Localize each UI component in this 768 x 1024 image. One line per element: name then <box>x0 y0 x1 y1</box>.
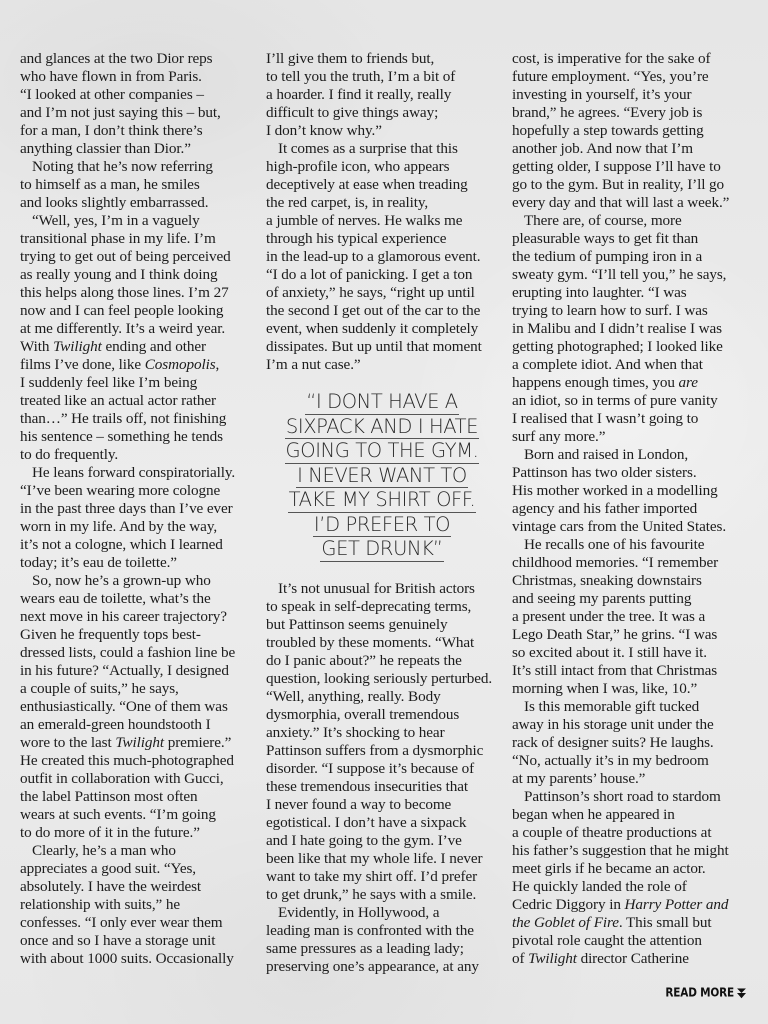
pull-quote-line: SIXPACK AND I HATE <box>285 415 479 440</box>
article-column-2: I’ll give them to friends but,to tell yo… <box>266 50 506 976</box>
text-line: difficult to give things away; <box>266 104 506 122</box>
italic-title: Cosmopolis <box>145 356 216 373</box>
text-line: So, now he’s a grown-up who <box>20 572 260 590</box>
text-line: in the lead-up to a glamorous event. <box>266 248 506 266</box>
text-line: He created this much-photographed <box>20 752 260 770</box>
article-column-3: cost, is imperative for the sake offutur… <box>512 50 762 968</box>
text-line: transitional phase in my life. I’m <box>20 230 260 248</box>
text-line: dysmorphia, overall tremendous <box>266 706 506 724</box>
text-line: in Malibu and I didn’t realise I was <box>512 320 762 338</box>
text-line: pleasurable ways to get fit than <box>512 230 762 248</box>
text-line: Is this memorable gift tucked <box>512 698 762 716</box>
text-line: this helps along those lines. I’m 27 <box>20 284 260 302</box>
text-line: outfit in collaboration with Gucci, <box>20 770 260 788</box>
text-line: His mother worked in a modelling <box>512 482 762 500</box>
text-line: leading man is confronted with the <box>266 922 506 940</box>
text-line: began when he appeared in <box>512 806 762 824</box>
text-line: so excited about it. I still have it. <box>512 644 762 662</box>
text-fragment: of <box>512 950 528 967</box>
text-line: troubled by these moments. “What <box>266 634 506 652</box>
text-line: He quickly landed the role of <box>512 878 762 896</box>
text-line: to do frequently. <box>20 446 260 464</box>
pull-quote-line: “I DONT HAVE A <box>305 390 458 415</box>
text-line: appreciates a good suit. “Yes, <box>20 860 260 878</box>
text-fragment: Cedric Diggory in <box>512 896 625 913</box>
text-line: it’s not a cologne, which I learned <box>20 536 260 554</box>
text-line: hopefully a step towards getting <box>512 122 762 140</box>
text-line: investing in yourself, it’s your <box>512 86 762 104</box>
article-column-1: and glances at the two Dior repswho have… <box>20 50 260 968</box>
text-line: cost, is imperative for the sake of <box>512 50 762 68</box>
text-line: today; it’s eau de toilette.” <box>20 554 260 572</box>
text-fragment: With <box>20 338 53 355</box>
text-line: rack of designer suits? He laughs. <box>512 734 762 752</box>
text-line: enthusiastically. “One of them was <box>20 698 260 716</box>
text-fragment: wore to the last <box>20 734 115 751</box>
text-line: an idiot, so in terms of pure vanity <box>512 392 762 410</box>
text-line: next move in his career trajectory? <box>20 608 260 626</box>
pull-quote-line: I NEVER WANT TO <box>296 464 468 489</box>
text-fragment: director Catherine <box>577 950 689 967</box>
italic-title: Harry Potter and <box>625 896 729 913</box>
read-more-label: READ MORE <box>665 986 734 1000</box>
text-line: worn in my life. And by the way, <box>20 518 260 536</box>
text-line: question, looking seriously perturbed. <box>266 670 506 688</box>
text-line: to do more of it in the future.” <box>20 824 260 842</box>
text-line: getting photographed; I looked like <box>512 338 762 356</box>
text-line: and seeing my parents putting <box>512 590 762 608</box>
text-line: and I’m not just saying this – but, <box>20 104 260 122</box>
pull-quote-line: GET DRUNK” <box>320 537 443 562</box>
pull-quote-line: GOING TO THE GYM. <box>285 439 480 464</box>
text-line: to himself as a man, he smiles <box>20 176 260 194</box>
text-line: the Goblet of Fire. This small but <box>512 914 762 932</box>
text-line: an emerald-green houndstooth I <box>20 716 260 734</box>
text-line: happens enough times, you are <box>512 374 762 392</box>
text-line: Cedric Diggory in Harry Potter and <box>512 896 762 914</box>
text-line: There are, of course, more <box>512 212 762 230</box>
text-line: disorder. “I suppose it’s because of <box>266 760 506 778</box>
text-line: films I’ve done, like Cosmopolis, <box>20 356 260 374</box>
text-line: go to the gym. But in reality, I’ll go <box>512 176 762 194</box>
italic-title: are <box>679 374 698 391</box>
text-line: at me differently. It’s a weird year. <box>20 320 260 338</box>
text-line: same pressures as a leading lady; <box>266 940 506 958</box>
text-line: I realised that I wasn’t going to <box>512 410 762 428</box>
text-line: confesses. “I only ever wear them <box>20 914 260 932</box>
text-line: as really young and I think doing <box>20 266 260 284</box>
text-line: do I panic about?” he repeats the <box>266 652 506 670</box>
text-line: pivotal role caught the attention <box>512 932 762 950</box>
text-line: I suddenly feel like I’m being <box>20 374 260 392</box>
text-line: vintage cars from the United States. <box>512 518 762 536</box>
text-line: It’s not unusual for British actors <box>266 580 506 598</box>
read-more-button[interactable]: READ MORE <box>665 986 746 1000</box>
italic-title: the Goblet of Fire <box>512 914 619 931</box>
text-line: meet girls if he became an actor. <box>512 860 762 878</box>
text-line: to tell you the truth, I’m a bit of <box>266 68 506 86</box>
text-line: high-profile icon, who appears <box>266 158 506 176</box>
text-line: but Pattinson seems genuinely <box>266 616 506 634</box>
text-line: these tremendous insecurities that <box>266 778 506 796</box>
text-line: Pattinson has two older sisters. <box>512 464 762 482</box>
text-line: He recalls one of his favourite <box>512 536 762 554</box>
text-line: and I hate going to the gym. I’ve <box>266 832 506 850</box>
text-line: every day and that will last a week.” <box>512 194 762 212</box>
text-line: I never found a way to become <box>266 796 506 814</box>
text-line: to get drunk,” he says with a smile. <box>266 886 506 904</box>
text-line: agency and his father imported <box>512 500 762 518</box>
text-line: a jumble of nerves. He walks me <box>266 212 506 230</box>
text-fragment: . This small but <box>619 914 712 931</box>
double-chevron-down-icon <box>737 988 746 998</box>
text-line: in his future? “Actually, I designed <box>20 662 260 680</box>
text-line: surf any more.” <box>512 428 762 446</box>
text-line: Pattinson suffers from a dysmorphic <box>266 742 506 760</box>
text-line: Lego Death Star,” he grins. “I was <box>512 626 762 644</box>
text-line: dissipates. But up until that moment <box>266 338 506 356</box>
text-line: his sentence – something he tends <box>20 428 260 446</box>
text-line: with about 1000 suits. Occasionally <box>20 950 260 968</box>
text-line: “I’ve been wearing more cologne <box>20 482 260 500</box>
text-fragment: premiere.” <box>164 734 231 751</box>
pull-quote-line: I’D PREFER TO <box>313 513 451 538</box>
text-line: in the past three days than I’ve ever <box>20 500 260 518</box>
text-line: Christmas, sneaking downstairs <box>512 572 762 590</box>
text-line: and looks slightly embarrassed. <box>20 194 260 212</box>
text-line: a hoarder. I find it really, really <box>266 86 506 104</box>
text-line: It’s still intact from that Christmas <box>512 662 762 680</box>
text-line: trying to learn how to surf. I was <box>512 302 762 320</box>
text-line: a complete idiot. And when that <box>512 356 762 374</box>
text-line: and glances at the two Dior reps <box>20 50 260 68</box>
text-line: treated like an actual actor rather <box>20 392 260 410</box>
text-line: anxiety.” It’s shocking to hear <box>266 724 506 742</box>
text-line: dressed lists, could a fashion line be <box>20 644 260 662</box>
text-line: He leans forward conspiratorially. <box>20 464 260 482</box>
magazine-page: and glances at the two Dior repswho have… <box>0 0 768 1024</box>
text-line: deceptively at ease when treading <box>266 176 506 194</box>
text-line: absolutely. I have the weirdest <box>20 878 260 896</box>
text-line: a couple of theatre productions at <box>512 824 762 842</box>
text-line: the label Pattinson most often <box>20 788 260 806</box>
text-line: With Twilight ending and other <box>20 338 260 356</box>
text-line: “No, actually it’s in my bedroom <box>512 752 762 770</box>
text-line: to speak in self-deprecating terms, <box>266 598 506 616</box>
text-line: Clearly, he’s a man who <box>20 842 260 860</box>
text-line: “I do a lot of panicking. I get a ton <box>266 266 506 284</box>
text-line: future employment. “Yes, you’re <box>512 68 762 86</box>
text-line: preserving one’s appearance, at any <box>266 958 506 976</box>
text-line: childhood memories. “I remember <box>512 554 762 572</box>
text-line: trying to get out of being perceived <box>20 248 260 266</box>
text-line: sweaty gym. “I’ll tell you,” he says, <box>512 266 762 284</box>
text-line: wore to the last Twilight premiere.” <box>20 734 260 752</box>
text-line: who have flown in from Paris. <box>20 68 260 86</box>
text-line: the tedium of pumping iron in a <box>512 248 762 266</box>
text-line: Evidently, in Hollywood, a <box>266 904 506 922</box>
text-line: at my parents’ house.” <box>512 770 762 788</box>
text-line: of anxiety,” he says, “right up until <box>266 284 506 302</box>
text-line: wears at such events. “I’m going <box>20 806 260 824</box>
text-line: his father’s suggestion that he might <box>512 842 762 860</box>
italic-title: Twilight <box>115 734 164 751</box>
text-line: I don’t know why.” <box>266 122 506 140</box>
text-line: Noting that he’s now referring <box>20 158 260 176</box>
italic-title: Twilight <box>528 950 577 967</box>
text-line: “Well, anything, really. Body <box>266 688 506 706</box>
text-line: a couple of suits,” he says, <box>20 680 260 698</box>
text-line: than…” He trails off, not finishing <box>20 410 260 428</box>
text-line: I’ll give them to friends but, <box>266 50 506 68</box>
text-line: another job. And now that I’m <box>512 140 762 158</box>
text-line: for a man, I don’t think there’s <box>20 122 260 140</box>
text-line: once and so I have a storage unit <box>20 932 260 950</box>
text-line: erupting into laughter. “I was <box>512 284 762 302</box>
text-line: “Well, yes, I’m in a vaguely <box>20 212 260 230</box>
text-line: the red carpet, is, in reality, <box>266 194 506 212</box>
text-fragment: , <box>216 356 220 373</box>
text-line: of Twilight director Catherine <box>512 950 762 968</box>
text-fragment: happens enough times, you <box>512 374 679 391</box>
text-line: a present under the tree. It was a <box>512 608 762 626</box>
text-line: getting older, I suppose I’ll have to <box>512 158 762 176</box>
text-line: I’m a nut case.” <box>266 356 506 374</box>
text-line: Pattinson’s short road to stardom <box>512 788 762 806</box>
text-line: now and I can feel people looking <box>20 302 260 320</box>
text-line: been like that my whole life. I never <box>266 850 506 868</box>
text-line: away in his storage unit under the <box>512 716 762 734</box>
pull-quote-line: TAKE MY SHIRT OFF. <box>288 488 477 513</box>
text-line: relationship with suits,” he <box>20 896 260 914</box>
italic-title: Twilight <box>53 338 102 355</box>
text-fragment: films I’ve done, like <box>20 356 145 373</box>
text-line: egotistical. I don’t have a sixpack <box>266 814 506 832</box>
text-line: brand,” he agrees. “Every job is <box>512 104 762 122</box>
text-fragment: ending and other <box>102 338 206 355</box>
text-line: Given he frequently tops best- <box>20 626 260 644</box>
text-line: through his typical experience <box>266 230 506 248</box>
text-line: morning when I was, like, 10.” <box>512 680 762 698</box>
text-line: anything classier than Dior.” <box>20 140 260 158</box>
pull-quote: “I DONT HAVE ASIXPACK AND I HATEGOING TO… <box>266 390 498 562</box>
text-line: want to take my shirt off. I’d prefer <box>266 868 506 886</box>
text-line: wears eau de toilette, what’s the <box>20 590 260 608</box>
text-line: the second I get out of the car to the <box>266 302 506 320</box>
text-line: Born and raised in London, <box>512 446 762 464</box>
text-line: It comes as a surprise that this <box>266 140 506 158</box>
text-line: event, when suddenly it completely <box>266 320 506 338</box>
text-line: “I looked at other companies – <box>20 86 260 104</box>
